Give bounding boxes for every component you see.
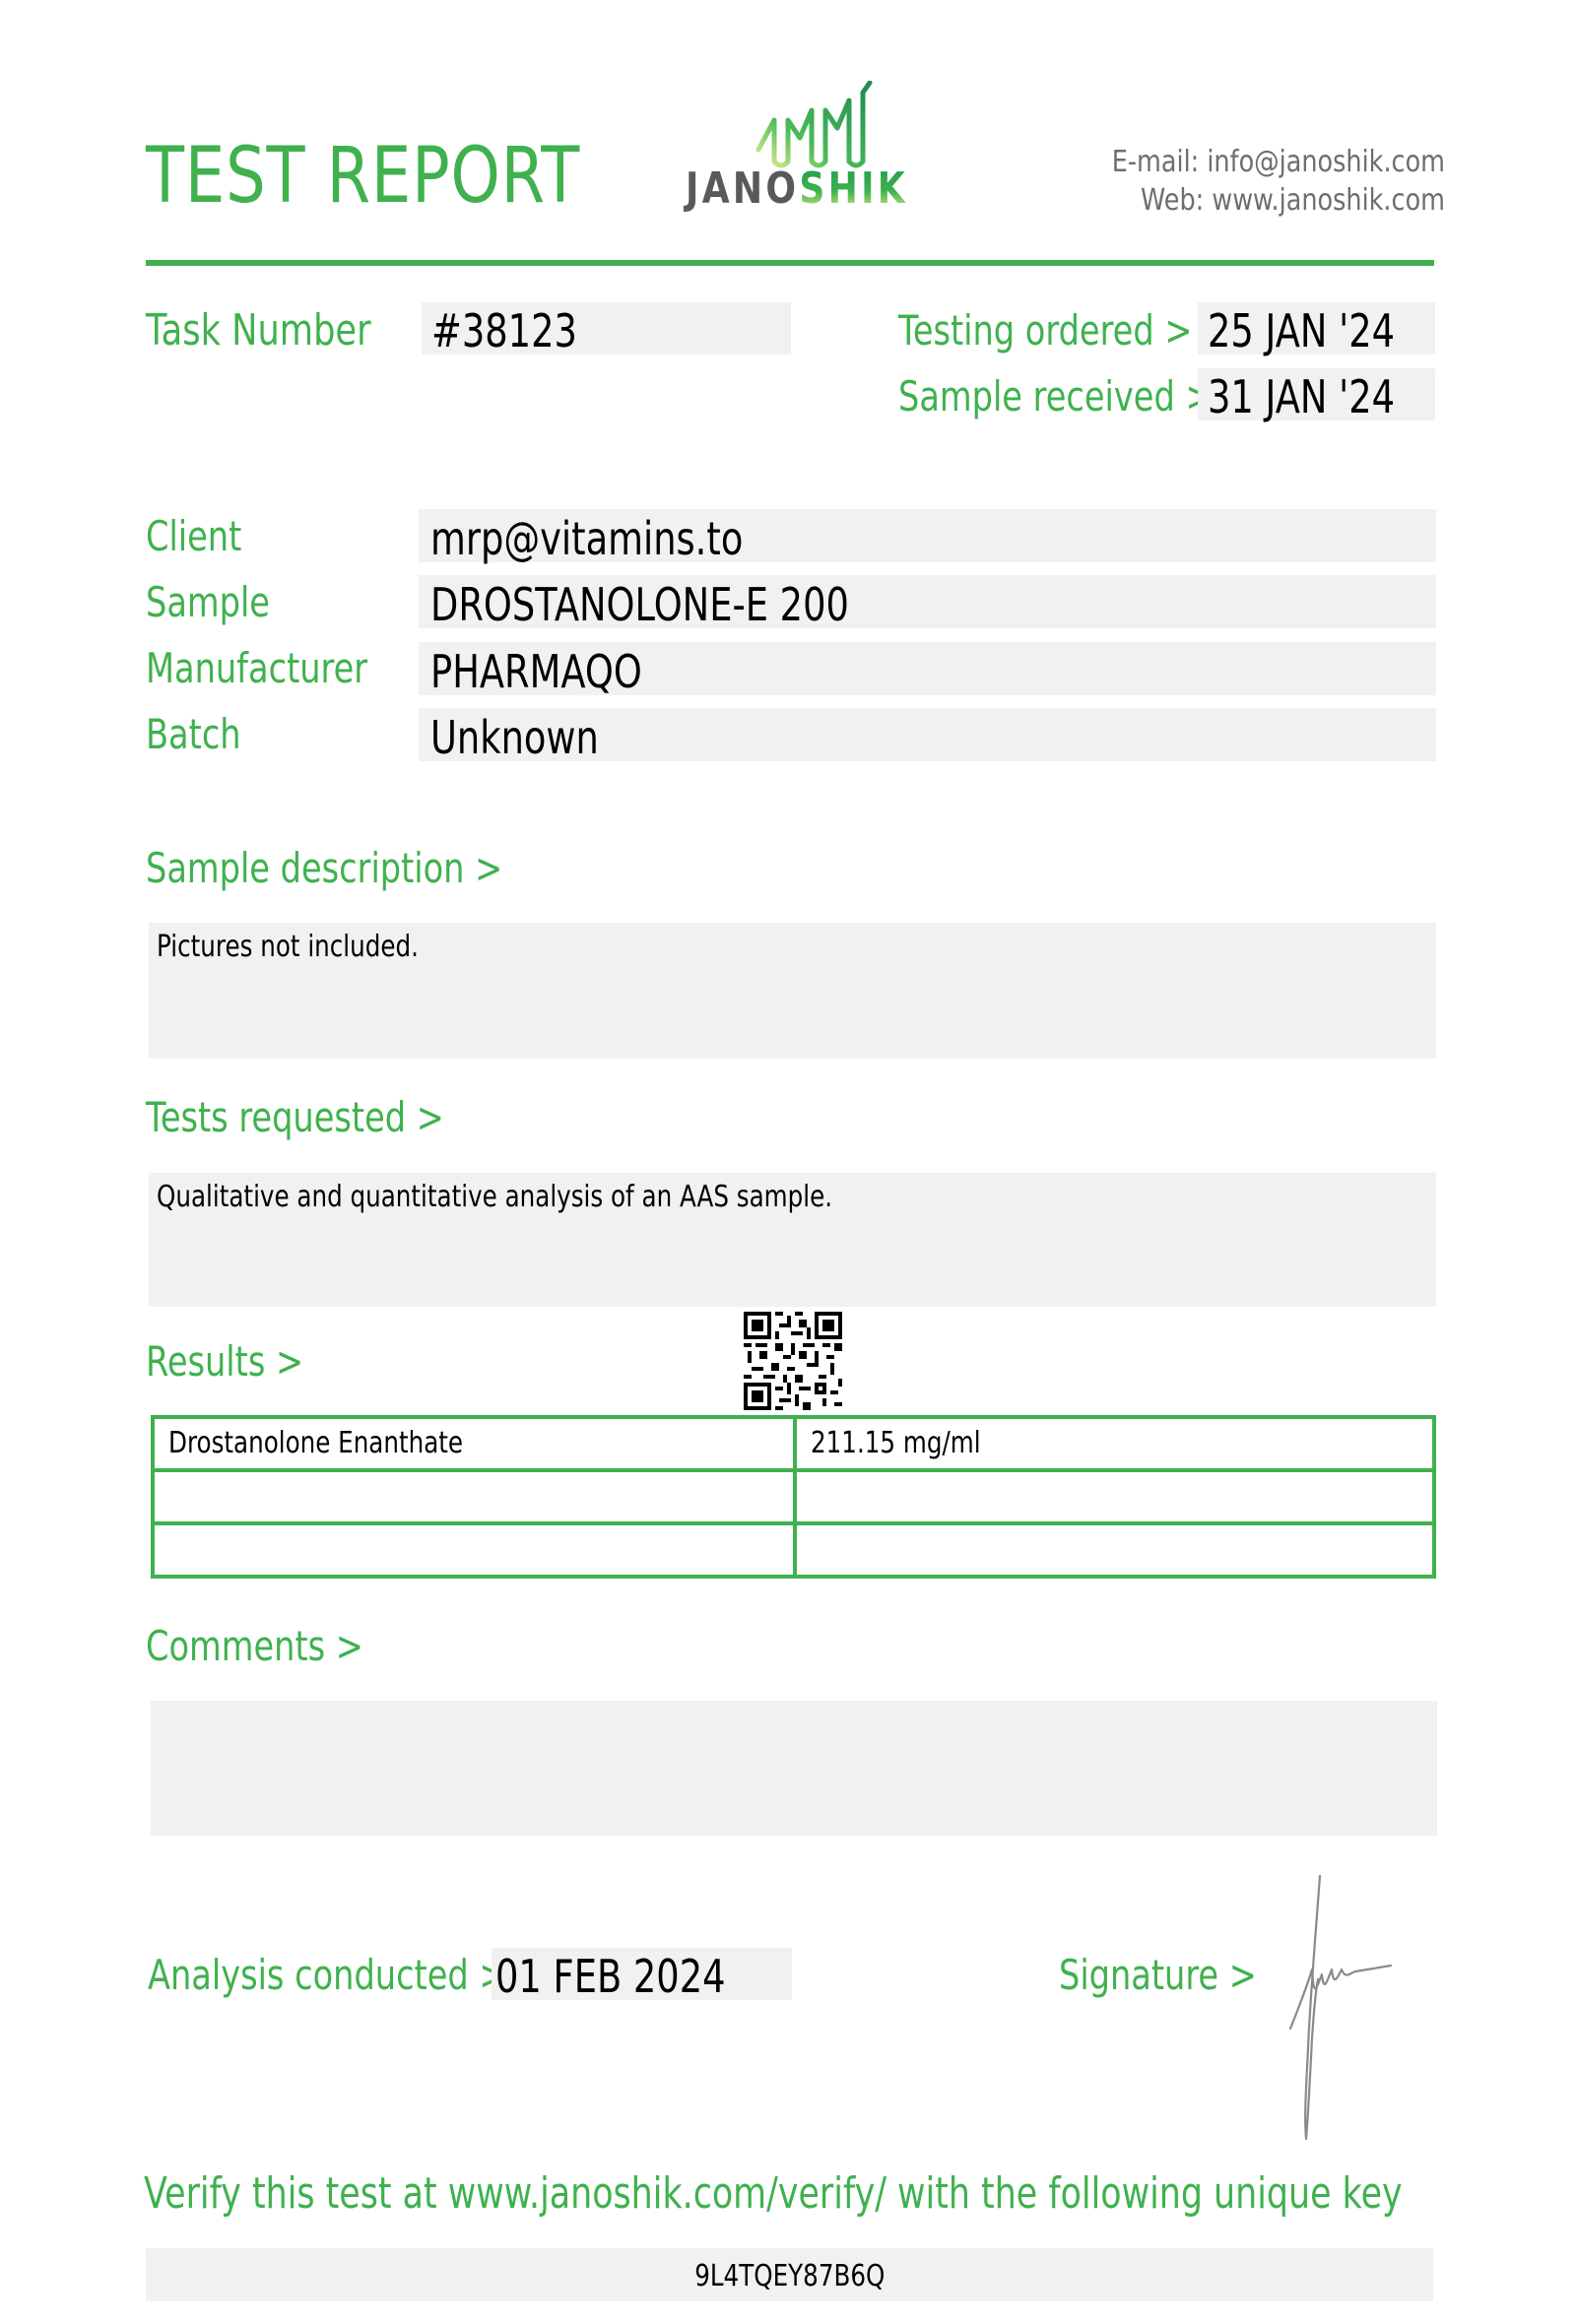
client-field: mrp@vitamins.to <box>419 509 1436 562</box>
report-title: TEST REPORT <box>146 138 580 215</box>
logo-wordmark: JANOSHIK <box>686 167 908 211</box>
client-label: Client <box>146 516 241 557</box>
testing-ordered-label: Testing ordered > <box>898 310 1193 352</box>
task-number-field: #38123 <box>422 302 791 355</box>
verify-key-value[interactable]: 9L4TQEY87B6Q <box>694 2262 885 2292</box>
results-table: Drostanolone Enanthate 211.15 mg/ml <box>151 1415 1436 1579</box>
sample-description-box: Pictures not included. <box>149 923 1436 1059</box>
contact-web: Web: www.janoshik.com <box>1112 181 1445 220</box>
manufacturer-value: PHARMAQO <box>430 649 642 694</box>
qr-code-icon <box>744 1312 842 1410</box>
tests-requested-box: Qualitative and quantitative analysis of… <box>149 1173 1436 1307</box>
analysis-date-field: 01 FEB 2024 <box>492 1948 792 2000</box>
results-heading: Results > <box>146 1341 303 1383</box>
testing-ordered-value: 25 JAN '24 <box>1208 308 1395 354</box>
task-number-label: Task Number <box>146 309 371 353</box>
handwritten-signature-icon <box>1280 1871 1399 2147</box>
sample-received-value: 31 JAN '24 <box>1208 374 1395 420</box>
sample-description-heading: Sample description > <box>146 848 502 889</box>
contact-info: E-mail: info@janoshik.com Web: www.janos… <box>1053 143 1445 220</box>
sample-label: Sample <box>146 582 270 623</box>
sample-received-field: 31 JAN '24 <box>1198 368 1435 420</box>
batch-label: Batch <box>146 714 241 755</box>
sample-description-text: Pictures not included. <box>157 933 419 962</box>
signature-label: Signature > <box>1059 1955 1257 1996</box>
contact-email: E-mail: info@janoshik.com <box>1112 143 1445 181</box>
rising-bars-logo-icon <box>680 81 916 169</box>
task-number-value: #38123 <box>431 308 577 354</box>
header-divider <box>146 260 1434 266</box>
verify-instructions: Verify this test at www.janoshik.com/ver… <box>144 2172 1403 2216</box>
batch-value: Unknown <box>430 715 599 760</box>
janoshik-logo: JANOSHIK <box>680 81 916 219</box>
sample-value: DROSTANOLONE-E 200 <box>430 582 849 627</box>
sample-field: DROSTANOLONE-E 200 <box>419 575 1436 628</box>
result-amount: 211.15 mg/ml <box>811 1429 981 1458</box>
table-row <box>153 1470 1434 1523</box>
comments-box <box>151 1701 1437 1836</box>
batch-field: Unknown <box>419 708 1436 761</box>
manufacturer-label: Manufacturer <box>146 648 367 689</box>
client-value: mrp@vitamins.to <box>430 516 743 561</box>
tests-requested-text: Qualitative and quantitative analysis of… <box>157 1183 832 1212</box>
analysis-date-value: 01 FEB 2024 <box>495 1954 726 1999</box>
table-row: Drostanolone Enanthate 211.15 mg/ml <box>153 1417 1434 1470</box>
result-compound: Drostanolone Enanthate <box>168 1429 463 1458</box>
tests-requested-heading: Tests requested > <box>146 1097 444 1138</box>
manufacturer-field: PHARMAQO <box>419 642 1436 695</box>
analysis-conducted-label: Analysis conducted > <box>148 1955 507 1996</box>
testing-ordered-field: 25 JAN '24 <box>1198 302 1435 355</box>
sample-received-label: Sample received > <box>898 376 1214 418</box>
verify-key-field: 9L4TQEY87B6Q <box>146 2248 1433 2301</box>
table-row <box>153 1523 1434 1577</box>
comments-heading: Comments > <box>146 1626 363 1667</box>
